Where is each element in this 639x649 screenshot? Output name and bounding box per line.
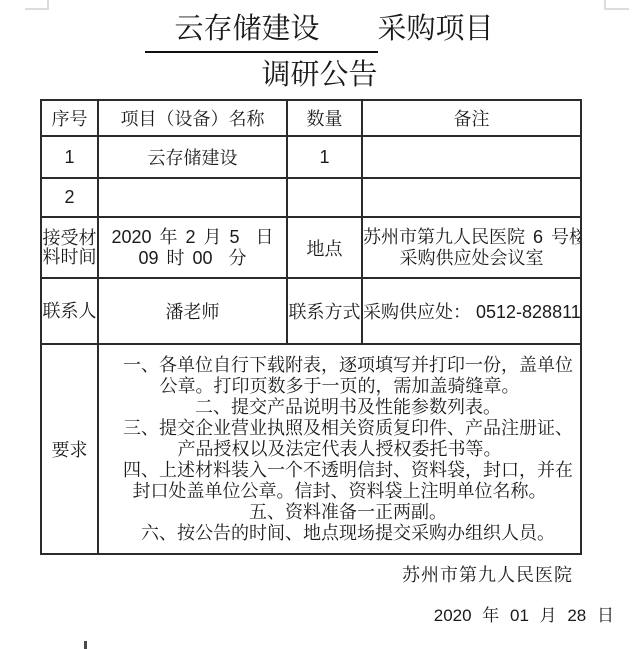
requirement-item-2: 二、提交产品说明书及性能参数列表。 bbox=[99, 397, 580, 418]
table-row-contact: 联系人 潘老师 联系方式 采购供应处： 0512-82881151 bbox=[41, 278, 581, 344]
requirement-item-1: 一、各单位自行下载附表，逐项填写并打印一份，盖单位公章。打印页数多于一页的，需加… bbox=[99, 355, 580, 397]
page-margin-mark-top-left bbox=[25, 0, 49, 10]
title-line1: 云存储建设采购项目 bbox=[0, 10, 639, 53]
header-quantity: 数量 bbox=[287, 100, 362, 136]
footer-date: 2020 年 01 月 28 日 bbox=[434, 605, 614, 627]
header-note: 备注 bbox=[362, 100, 581, 136]
item-1-note bbox=[362, 136, 581, 178]
table-row-item-2: 2 bbox=[41, 178, 581, 217]
requirement-item-3: 三、提交企业营业执照及相关资质复印件、产品注册证、产品授权以及法定代表人授权委托… bbox=[99, 418, 580, 460]
material-time-label: 接受材料时间 bbox=[41, 217, 98, 278]
item-2-note bbox=[362, 178, 581, 217]
table-row-material-time: 接受材料时间 2020 年 2 月 5 日 09 时 00 分 地点 苏州市第九… bbox=[41, 217, 581, 278]
header-seq: 序号 bbox=[41, 100, 98, 136]
contact-person: 潘老师 bbox=[98, 278, 287, 344]
requirement-item-5: 五、资料准备一正两副。 bbox=[99, 502, 580, 523]
item-2-seq: 2 bbox=[41, 178, 98, 217]
place-label: 地点 bbox=[287, 217, 362, 278]
title-line2: 调研公告 bbox=[0, 55, 639, 95]
document-page: 云存储建设采购项目 调研公告 序号 项目（设备）名称 数量 备注 1 云存储建设… bbox=[0, 0, 639, 649]
contact-method-value: 采购供应处： 0512-82881151 bbox=[362, 278, 581, 344]
item-1-qty: 1 bbox=[287, 136, 362, 178]
table-row-item-1: 1 云存储建设 1 bbox=[41, 136, 581, 178]
title-project-name-underlined: 云存储建设 bbox=[145, 10, 377, 53]
document-title: 云存储建设采购项目 调研公告 bbox=[0, 10, 639, 95]
item-2-name bbox=[98, 178, 287, 217]
page-margin-mark-top-right bbox=[604, 0, 629, 10]
item-1-seq: 1 bbox=[41, 136, 98, 178]
contact-label: 联系人 bbox=[41, 278, 98, 344]
material-time-value: 2020 年 2 月 5 日 09 时 00 分 bbox=[98, 217, 287, 278]
page-margin-mark-bottom-left bbox=[84, 641, 87, 649]
table-header-row: 序号 项目（设备）名称 数量 备注 bbox=[41, 100, 581, 136]
requirement-item-6: 六、按公告的时间、地点现场提交采购办组织人员。 bbox=[99, 523, 580, 544]
table-row-requirements: 要求 一、各单位自行下载附表，逐项填写并打印一份，盖单位公章。打印页数多于一页的… bbox=[41, 344, 581, 554]
header-item-name: 项目（设备）名称 bbox=[98, 100, 287, 136]
place-value: 苏州市第九人民医院 6 号楼4 楼 采购供应处会议室 bbox=[362, 217, 581, 278]
title-suffix: 采购项目 bbox=[378, 13, 494, 45]
requirement-item-4: 四、上述材料装入一个不透明信封、资料袋，封口，并在封口处盖单位公章。信封、资料袋… bbox=[99, 460, 580, 502]
item-1-name: 云存储建设 bbox=[98, 136, 287, 178]
requirements-body: 一、各单位自行下载附表，逐项填写并打印一份，盖单位公章。打印页数多于一页的，需加… bbox=[98, 344, 581, 554]
contact-method-label: 联系方式 bbox=[287, 278, 362, 344]
procurement-table: 序号 项目（设备）名称 数量 备注 1 云存储建设 1 2 接受材料时间 202… bbox=[40, 99, 582, 555]
footer-organization: 苏州市第九人民医院 bbox=[402, 564, 573, 586]
item-2-qty bbox=[287, 178, 362, 217]
requirements-label: 要求 bbox=[41, 344, 98, 554]
